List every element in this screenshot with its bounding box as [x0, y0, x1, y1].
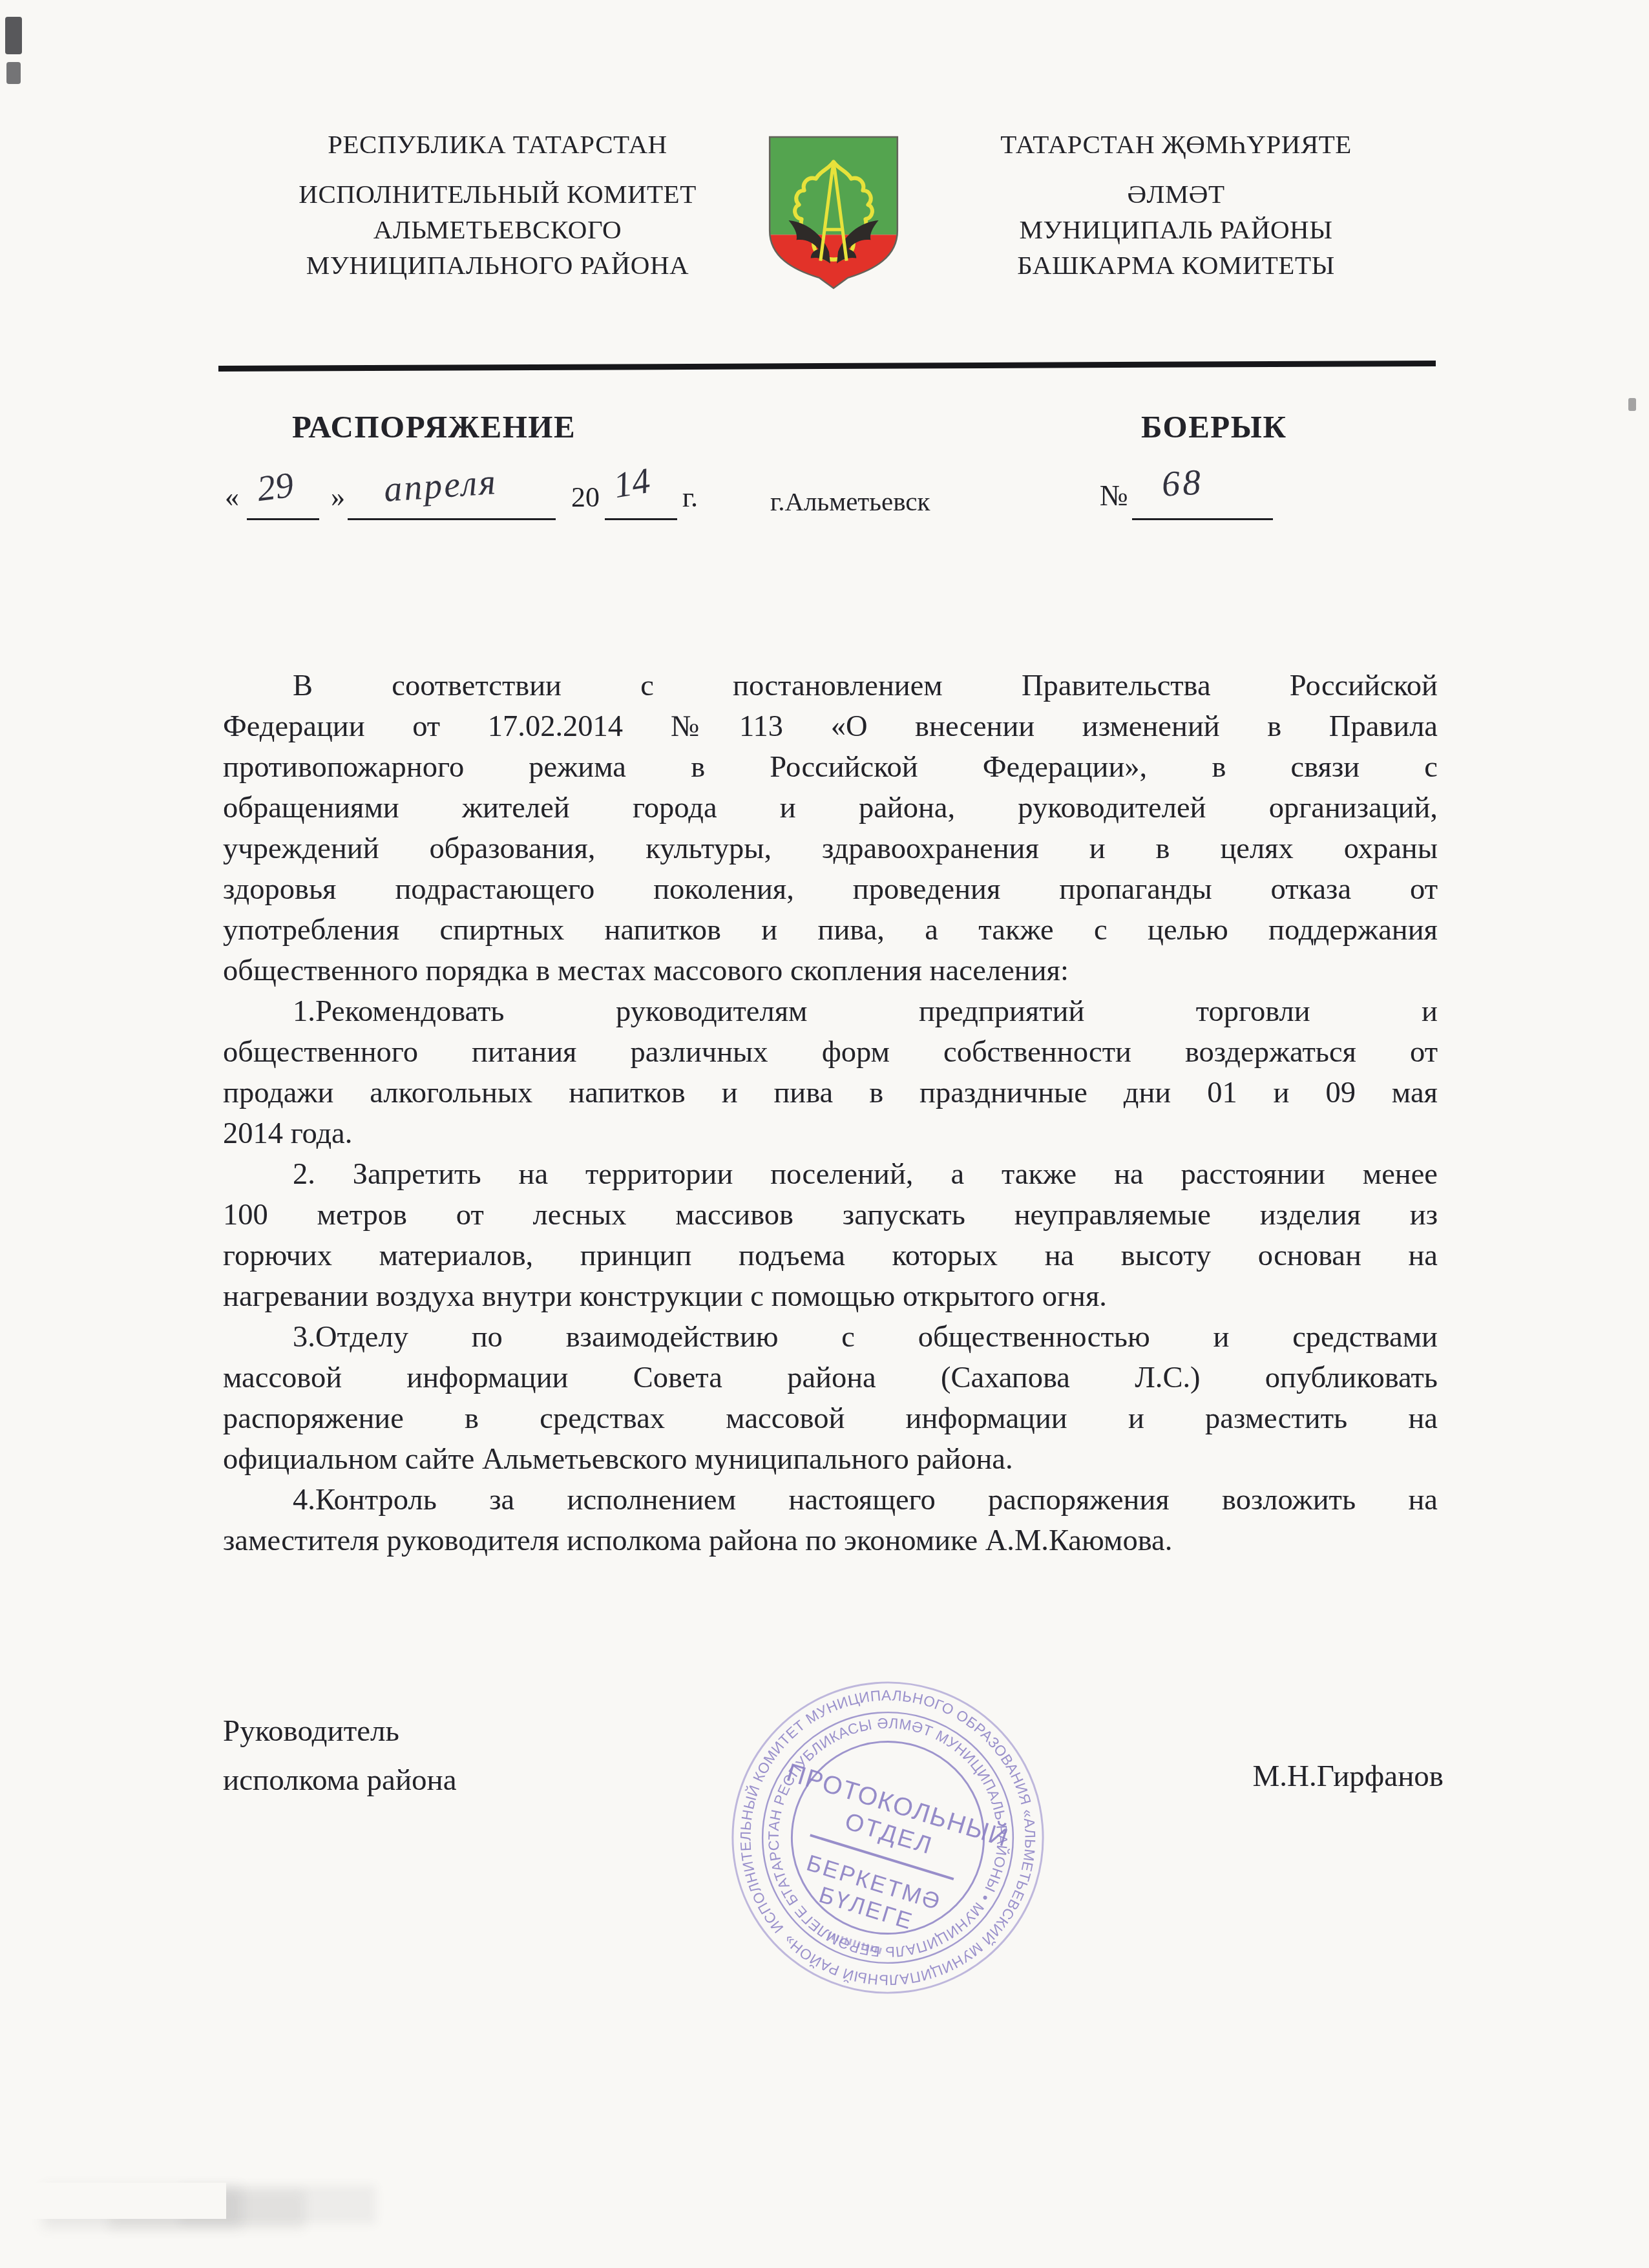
handwritten-month: апреля — [383, 461, 499, 510]
scan-artifact — [6, 62, 21, 84]
body-line: 4.Контроль за исполнением настоящего рас… — [223, 1480, 1438, 1520]
org-district-1: АЛЬМЕТЬЕВСКОГО — [229, 212, 766, 247]
scan-artifact — [5, 17, 22, 54]
body-line: употребления спиртных напитков и пива, а… — [223, 910, 1438, 950]
org-city-tt: ӘЛМӘТ — [914, 176, 1438, 212]
doc-title-russian: РАСПОРЯЖЕНИЕ — [292, 408, 576, 445]
month-underline — [348, 518, 556, 520]
year-underline — [605, 518, 677, 520]
body-line: противопожарного режима в Российской Фед… — [223, 747, 1438, 788]
quote-close: » — [331, 481, 345, 514]
org-district-2: МУНИЦИПАЛЬНОГО РАЙОНА — [229, 247, 766, 283]
number-sign: № — [1100, 478, 1128, 512]
scanned-decree-page: РЕСПУБЛИКА ТАТАРСТАН ИСПОЛНИТЕЛЬНЫЙ КОМИ… — [0, 0, 1649, 2268]
letterhead-tatar: ТАТАРСТАН ҖӨМҺҮРИЯТЕ ӘЛМӘТ МУНИЦИПАЛЬ РА… — [914, 127, 1438, 283]
org-district-tt: МУНИЦИПАЛЬ РАЙОНЫ — [914, 212, 1438, 247]
body-line: 3.Отделу по взаимодействию с общественно… — [223, 1317, 1438, 1358]
body-line: заместителя руководителя исполкома район… — [223, 1520, 1438, 1561]
body-line: здоровья подрастающего поколения, провед… — [223, 869, 1438, 910]
signer-name: М.Н.Гирфанов — [1253, 1759, 1444, 1794]
org-republic-tt: ТАТАРСТАН ҖӨМҺҮРИЯТЕ — [914, 127, 1438, 162]
quote-open: « — [225, 481, 239, 514]
year-label: г. — [682, 481, 698, 514]
body-line: 2. Запретить на территории поселений, а … — [223, 1154, 1438, 1195]
org-republic: РЕСПУБЛИКА ТАТАРСТАН — [229, 127, 766, 162]
org-committee-tt: БАШКАРМА КОМИТЕТЫ — [914, 247, 1438, 283]
scan-artifact — [1628, 398, 1636, 411]
body-line: массовой информации Совета района (Сахап… — [223, 1358, 1438, 1398]
org-committee: ИСПОЛНИТЕЛЬНЫЙ КОМИТЕТ — [229, 176, 766, 212]
body-line: обращениями жителей города и района, рук… — [223, 788, 1438, 828]
body-line: горючих материалов, принцип подъема кото… — [223, 1235, 1438, 1276]
day-underline — [247, 518, 319, 520]
doc-title-tatar: БОЕРЫК — [1141, 408, 1287, 445]
body-line: 2014 года. — [223, 1113, 1438, 1154]
emblem-green-field — [764, 133, 903, 235]
body-line: учреждений образования, культуры, здраво… — [223, 828, 1438, 869]
letterhead-russian: РЕСПУБЛИКА ТАТАРСТАН ИСПОЛНИТЕЛЬНЫЙ КОМИ… — [229, 127, 766, 283]
year-prefix: 20 — [571, 481, 600, 514]
signer-post-line2: исполкома района — [223, 1763, 457, 1798]
body-line: 1.Рекомендовать руководителям предприяти… — [223, 991, 1438, 1032]
number-underline — [1132, 518, 1273, 520]
handwritten-day: 29 — [255, 465, 295, 510]
body-line: официальном сайте Альметьевского муницип… — [223, 1439, 1438, 1480]
official-round-stamp: ИСПОЛНИТЕЛЬНЫЙ КОМИТЕТ МУНИЦИПАЛЬНОГО ОБ… — [689, 1639, 1086, 2036]
body-line: 100 метров от лесных массивов запускать … — [223, 1195, 1438, 1235]
body-line: продажи алкогольных напитков и пива в пр… — [223, 1073, 1438, 1113]
body-line: Федерации от 17.02.2014 №113 «О внесении… — [223, 706, 1438, 747]
body-line: распоряжение в средствах массовой информ… — [223, 1398, 1438, 1439]
handwritten-year: 14 — [611, 460, 653, 507]
body-line: общественного питания различных форм соб… — [223, 1032, 1438, 1073]
header-divider-line — [218, 361, 1436, 372]
signer-post-line1: Руководитель — [223, 1714, 399, 1748]
city-label: г.Альметьевск — [770, 486, 930, 517]
decree-body: В соответствии с постановлением Правител… — [223, 666, 1438, 1561]
handwritten-number: 68 — [1161, 461, 1204, 505]
body-line: В соответствии с постановлением Правител… — [223, 666, 1438, 706]
scan-artifact-faint — [32, 2183, 226, 2219]
coat-of-arms — [764, 133, 903, 289]
body-line: общественного порядка в местах массового… — [223, 950, 1438, 991]
body-line: нагревании воздуха внутри конструкции с … — [223, 1276, 1438, 1317]
